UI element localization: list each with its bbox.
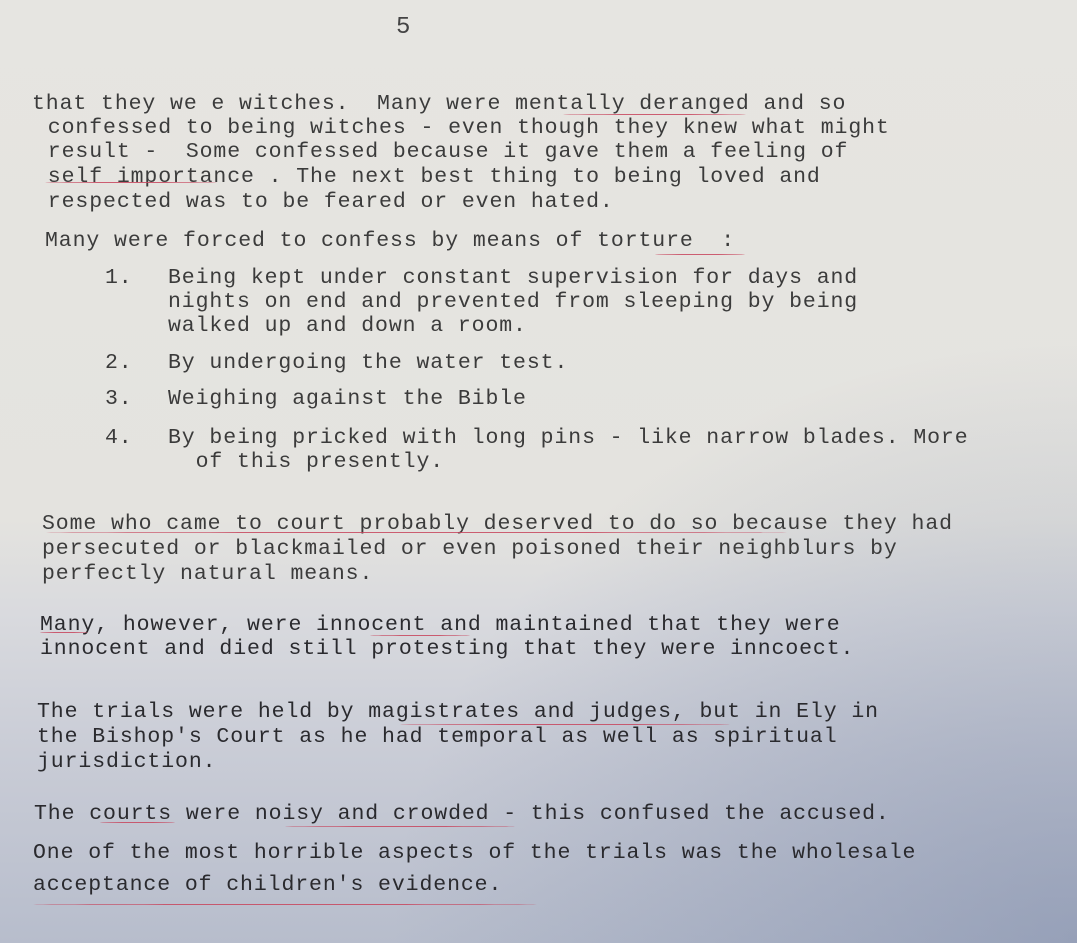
text-line: innocent and died still protesting that … — [40, 637, 854, 661]
list-item-line: By undergoing the water test. — [168, 351, 568, 375]
pen-underline — [563, 114, 746, 115]
pen-underline — [100, 822, 175, 823]
list-item-line: walked up and down a room. — [168, 314, 527, 338]
text-line: confessed to being witches - even though… — [34, 116, 890, 140]
pen-underline — [285, 826, 515, 827]
pen-underline — [45, 182, 217, 183]
pen-underline — [44, 532, 789, 533]
text-line: that they we e witches. Many were mental… — [32, 92, 846, 116]
list-item-line: By being pricked with long pins - like n… — [168, 426, 969, 450]
torture-intro: Many were forced to confess by means of … — [45, 229, 735, 253]
text-line: One of the most horrible aspects of the … — [33, 841, 916, 865]
list-item-line: of this presently. — [168, 450, 444, 474]
page-number: 5 — [396, 14, 410, 41]
pen-underline — [40, 632, 88, 633]
list-item-line: nights on end and prevented from sleepin… — [168, 290, 858, 314]
text-line: persecuted or blackmailed or even poison… — [42, 537, 898, 561]
list-number: 4. — [105, 426, 133, 450]
list-item-line: Weighing against the Bible — [168, 387, 527, 411]
text-line: self importance . The next best thing to… — [34, 165, 821, 189]
text-line: the Bishop's Court as he had temporal as… — [37, 725, 838, 749]
list-number: 2. — [105, 351, 133, 375]
text-line: The trials were held by magistrates and … — [37, 700, 879, 724]
text-line: perfectly natural means. — [42, 562, 373, 586]
list-number: 1. — [105, 266, 133, 290]
pen-underline — [370, 635, 470, 636]
text-line: jurisdiction. — [37, 750, 216, 774]
pen-underline — [655, 254, 745, 255]
text-line: Many, however, were innocent and maintai… — [40, 613, 841, 637]
list-item-line: Being kept under constant supervision fo… — [168, 266, 858, 290]
pen-underline — [400, 724, 730, 725]
list-number: 3. — [105, 387, 133, 411]
text-line: respected was to be feared or even hated… — [34, 190, 614, 214]
pen-underline — [32, 904, 538, 905]
text-line: acceptance of children's evidence. — [33, 873, 502, 897]
text-line: result - Some confessed because it gave … — [34, 140, 848, 164]
